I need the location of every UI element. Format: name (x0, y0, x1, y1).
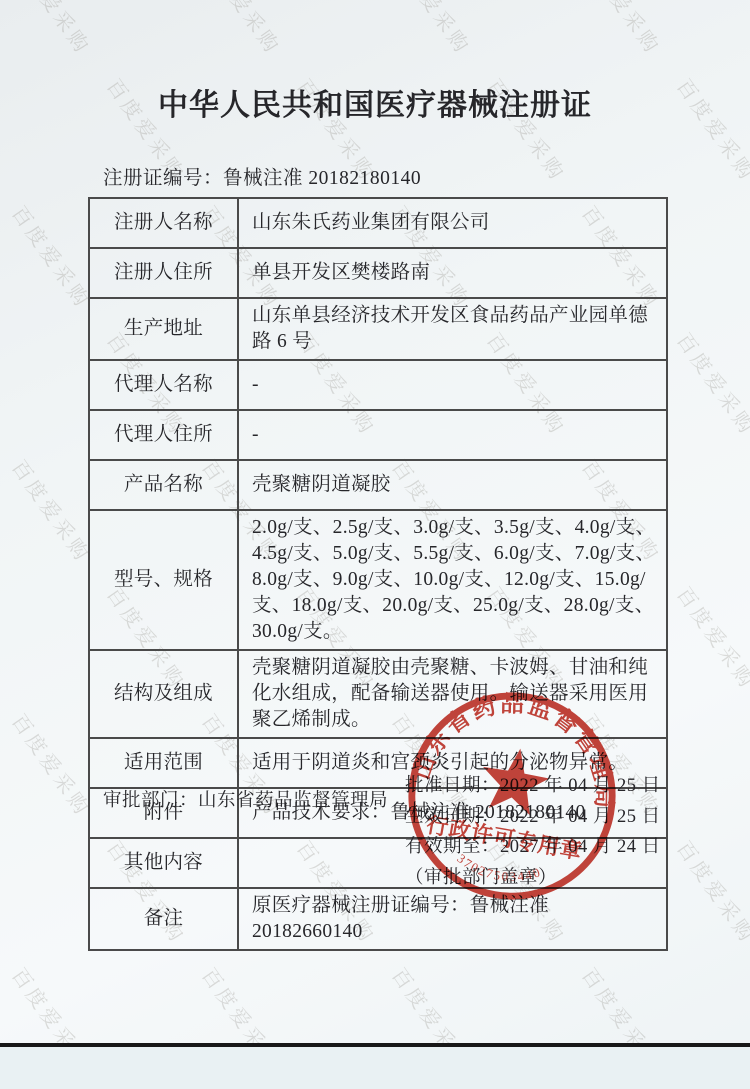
field-value: 山东单县经济技术开发区食品药品产业园单德路 6 号 (238, 298, 667, 360)
page-title: 中华人民共和国医疗器械注册证 (0, 80, 750, 124)
field-value: - (238, 360, 667, 410)
approval-department: 审批部门：山东省药品监督管理局 (103, 786, 388, 812)
below-paper-area (0, 1047, 750, 1089)
table-row: 注册人住所单县开发区樊楼路南 (89, 248, 667, 298)
field-value: - (238, 410, 667, 460)
field-label: 注册人住所 (89, 248, 238, 298)
field-label: 注册人名称 (89, 198, 238, 248)
field-label: 代理人名称 (89, 360, 238, 410)
table-row: 注册人名称山东朱氏药业集团有限公司 (89, 198, 667, 248)
certificate-number: 注册证编号：鲁械注准 20182180140 (103, 162, 421, 190)
field-label: 结构及组成 (89, 650, 238, 738)
field-label: 备注 (89, 888, 238, 950)
official-seal: 山东省药品监督管理局 行政许可专用章 37027503440 (404, 688, 620, 904)
seal-star-icon (476, 743, 553, 818)
certificate-page: 百度爱采购百度爱采购百度爱采购百度爱采购百度爱采购百度爱采购百度爱采购百度爱采购… (0, 0, 750, 1089)
field-label: 代理人住所 (89, 410, 238, 460)
table-row: 型号、规格2.0g/支、2.5g/支、3.0g/支、3.5g/支、4.0g/支、… (89, 510, 667, 650)
field-label: 生产地址 (89, 298, 238, 360)
field-value: 2.0g/支、2.5g/支、3.0g/支、3.5g/支、4.0g/支、4.5g/… (238, 510, 667, 650)
field-value: 壳聚糖阴道凝胶 (238, 460, 667, 510)
field-label: 适用范围 (89, 738, 238, 788)
field-label: 型号、规格 (89, 510, 238, 650)
field-value: 山东朱氏药业集团有限公司 (238, 198, 667, 248)
table-row: 生产地址山东单县经济技术开发区食品药品产业园单德路 6 号 (89, 298, 667, 360)
table-row: 产品名称壳聚糖阴道凝胶 (89, 460, 667, 510)
table-row: 代理人名称- (89, 360, 667, 410)
field-label: 产品名称 (89, 460, 238, 510)
seal-type-text: 行政许可专用章 (425, 812, 585, 864)
table-row: 代理人住所- (89, 410, 667, 460)
paper-bottom-edge (0, 1043, 750, 1047)
field-label: 其他内容 (89, 838, 238, 888)
field-value: 单县开发区樊楼路南 (238, 248, 667, 298)
